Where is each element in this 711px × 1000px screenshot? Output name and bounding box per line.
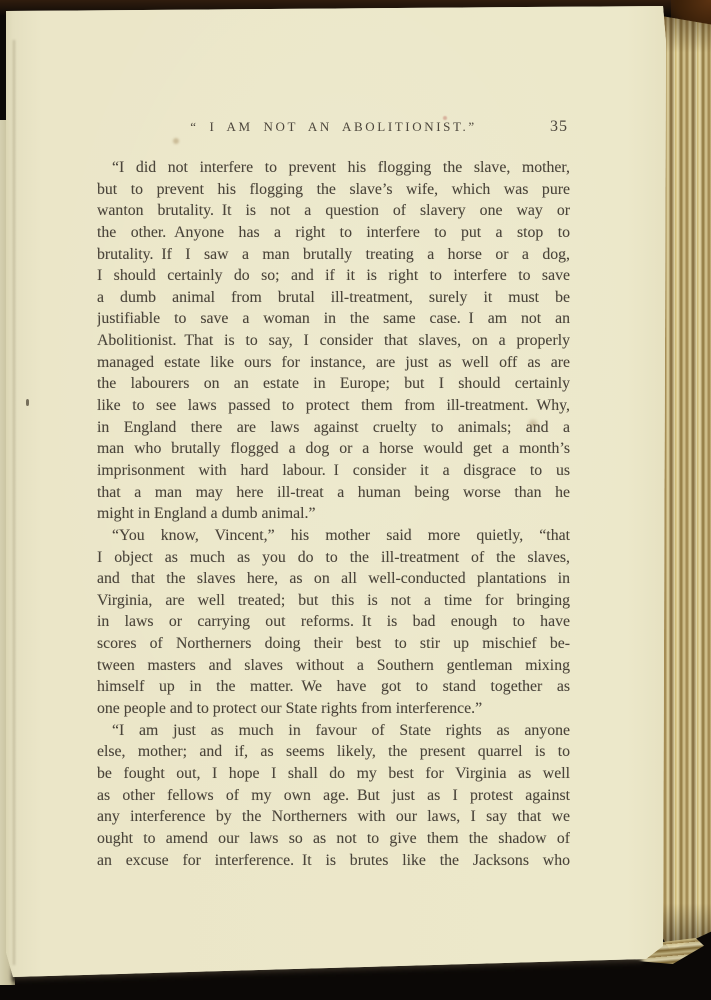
text-line: that a man may here ill-treat a human be… [97,482,570,504]
text-line: Abolitionist. That is to say, I consider… [97,330,570,352]
text-line: Virginia, are well treated; but this is … [97,590,570,612]
print-speck [443,116,447,120]
text-line: in laws or carrying out reforms. It is b… [97,611,570,633]
print-speck [529,420,537,428]
book-page: “ I AM NOT AN ABOLITIONIST.” 35 “I did n… [0,0,711,1000]
text-line: the other. Anyone has a right to interfe… [97,222,570,244]
text-line: brutality. If I saw a man brutally treat… [97,244,570,266]
print-speck [173,138,179,144]
text-line: scores of Northerners doing their best t… [97,633,570,655]
text-line: justifiable to save a woman in the same … [97,308,570,330]
text-line: might in England a dumb animal.” [97,503,570,525]
text-line: an excuse for interference. It is brutes… [97,850,570,872]
text-line: managed estate like ours for instance, a… [97,352,570,374]
text-line: any interference by the Northerners with… [97,806,570,828]
text-line: I object as much as you do to the ill-tr… [97,547,570,569]
text-line: “I am just as much in favour of State ri… [97,720,570,742]
text-line: the labourers on an estate in Europe; bu… [97,373,570,395]
text-line: as other fellows of my own age. But just… [97,785,570,807]
text-line: like to see laws passed to protect them … [97,395,570,417]
text-line: ought to amend our laws so as not to giv… [97,828,570,850]
text-line: a dumb animal from brutal ill-treatment,… [97,287,570,309]
text-line: imprisonment with hard labour. I conside… [97,460,570,482]
text-line: and that the slaves here, as on all well… [97,568,570,590]
text-line: “You know, Vincent,” his mother said mor… [97,525,570,547]
page-body: “I did not interfere to prevent his flog… [97,157,570,871]
text-line: wanton brutality. It is not a question o… [97,200,570,222]
text-line: himself up in the matter. We have got to… [97,676,570,698]
text-line: else, mother; and if, as seems likely, t… [97,741,570,763]
text-line: “I did not interfere to prevent his flog… [97,157,570,179]
text-line: in England there are laws against cruelt… [97,417,570,439]
text-line: I should certainly do so; and if it is r… [97,265,570,287]
text-line: man who brutally flogged a dog or a hors… [97,438,570,460]
text-line: be fought out, I hope I shall do my best… [97,763,570,785]
scanned-book-photo: “ I AM NOT AN ABOLITIONIST.” 35 “I did n… [0,0,711,1000]
running-header: “ I AM NOT AN ABOLITIONIST.” 35 [97,119,570,139]
text-line: but to prevent his flogging the slave’s … [97,179,570,201]
print-speck [26,399,29,406]
running-header-title: “ I AM NOT AN ABOLITIONIST.” [97,119,570,135]
text-line: tween masters and slaves without a South… [97,655,570,677]
text-line: one people and to protect our State righ… [97,698,570,720]
page-gutter-crease [13,40,15,965]
page-number: 35 [550,118,568,136]
